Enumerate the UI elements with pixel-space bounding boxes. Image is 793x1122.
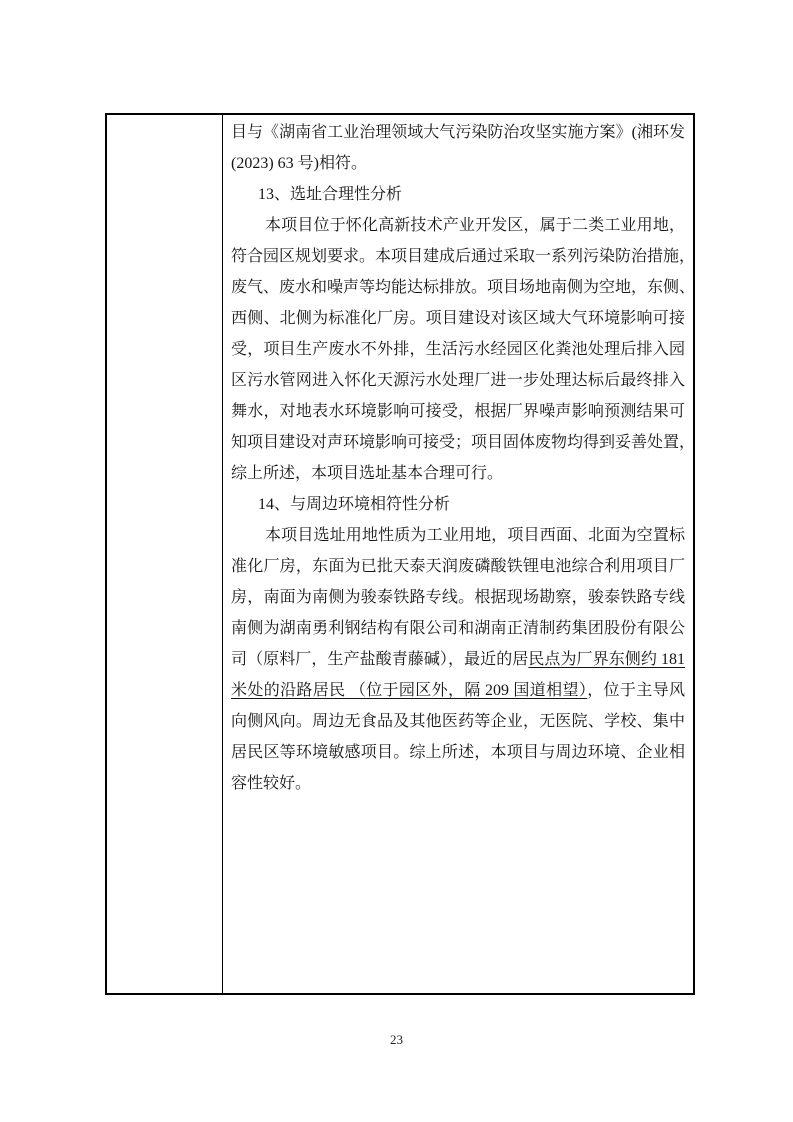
text-segment: 受，项目生产废水不外排，生活污水经园区化粪池处理后排入园	[231, 341, 685, 358]
text-line: 符合园区规划要求。本项目建成后通过采取一系列污染防治措施，	[231, 241, 685, 272]
text-segment: 司（原料厂，生产盐酸青藤碱），最近的居	[231, 651, 528, 668]
text-segment: 知项目建设对声环境影响可接受；项目固体废物均得到妥善处置，	[231, 434, 685, 451]
text-line: 司（原料厂，生产盐酸青藤碱），最近的居民点为厂界东侧约 181	[231, 644, 685, 675]
page-number: 23	[0, 1032, 793, 1048]
text-segment: 准化厂房，东面为已批天泰天润废磷酸铁锂电池综合利用项目厂	[231, 558, 685, 575]
text-segment: 居民区等环境敏感项目。综上所述，本项目与周边环境、企业相	[231, 744, 685, 761]
text-line: 本项目位于怀化高新技术产业开发区，属于二类工业用地，	[231, 210, 685, 241]
text-segment: 符合园区规划要求。本项目建成后通过采取一系列污染防治措施，	[231, 248, 685, 265]
text-line: 目与《湖南省工业治理领域大气污染防治攻坚实施方案》(湘环发	[231, 117, 685, 148]
underlined-text: 民点为厂界东侧约 181	[528, 651, 685, 668]
text-segment: (2023) 63 号)相符。	[231, 155, 367, 172]
text-line: 知项目建设对声环境影响可接受；项目固体废物均得到妥善处置，	[231, 427, 685, 458]
text-line: 房，南面为南侧为骏泰铁路专线。根据现场勘察，骏泰铁路专线	[231, 582, 685, 613]
content-table: 目与《湖南省工业治理领域大气污染防治攻坚实施方案》(湘环发(2023) 63 号…	[105, 113, 695, 995]
text-line: 综上所述，本项目选址基本合理可行。	[231, 458, 685, 489]
underlined-text: 米处的沿路居民 （位于园区外，隔 209 国道相望）	[231, 682, 587, 699]
document-lines: 目与《湖南省工业治理领域大气污染防治攻坚实施方案》(湘环发(2023) 63 号…	[231, 117, 685, 799]
text-line: 13、选址合理性分析	[231, 179, 685, 210]
text-segment: 向侧风向。周边无食品及其他医药等企业，无医院、学校、集中	[231, 713, 685, 730]
text-segment: 西侧、北侧为标准化厂房。项目建设对该区域大气环境影响可接	[231, 310, 685, 327]
text-segment: 本项目位于怀化高新技术产业开发区，属于二类工业用地，	[265, 217, 685, 234]
text-segment: 13、选址合理性分析	[258, 186, 402, 203]
text-segment: ，位于主导风	[587, 682, 685, 699]
text-segment: 房，南面为南侧为骏泰铁路专线。根据现场勘察，骏泰铁路专线	[231, 589, 685, 606]
text-line: 向侧风向。周边无食品及其他医药等企业，无医院、学校、集中	[231, 706, 685, 737]
text-segment: 本项目选址用地性质为工业用地，项目西面、北面为空置标	[265, 527, 685, 544]
text-segment: 目与《湖南省工业治理领域大气污染防治攻坚实施方案》(湘环发	[231, 124, 685, 141]
text-segment: 14、与周边环境相符性分析	[258, 496, 450, 513]
text-line: 米处的沿路居民 （位于园区外，隔 209 国道相望），位于主导风	[231, 675, 685, 706]
text-line: 容性较好。	[231, 768, 685, 799]
table-left-column	[107, 115, 223, 993]
text-segment: 舞水，对地表水环境影响可接受，根据厂界噪声影响预测结果可	[231, 403, 685, 420]
text-segment: 南侧为湖南勇利钢结构有限公司和湖南正清制药集团股份有限公	[231, 620, 685, 637]
text-segment: 废气、废水和噪声等均能达标排放。项目场地南侧为空地，东侧、	[231, 279, 685, 296]
text-line: 区污水管网进入怀化天源污水处理厂进一步处理达标后最终排入	[231, 365, 685, 396]
table-content-cell: 目与《湖南省工业治理领域大气污染防治攻坚实施方案》(湘环发(2023) 63 号…	[223, 115, 693, 993]
text-segment: 区污水管网进入怀化天源污水处理厂进一步处理达标后最终排入	[231, 372, 685, 389]
text-line: 西侧、北侧为标准化厂房。项目建设对该区域大气环境影响可接	[231, 303, 685, 334]
text-line: 本项目选址用地性质为工业用地，项目西面、北面为空置标	[231, 520, 685, 551]
text-segment: 综上所述，本项目选址基本合理可行。	[231, 465, 503, 482]
text-line: 准化厂房，东面为已批天泰天润废磷酸铁锂电池综合利用项目厂	[231, 551, 685, 582]
text-line: 居民区等环境敏感项目。综上所述，本项目与周边环境、企业相	[231, 737, 685, 768]
text-segment: 容性较好。	[231, 775, 311, 792]
text-line: 南侧为湖南勇利钢结构有限公司和湖南正清制药集团股份有限公	[231, 613, 685, 644]
text-line: 废气、废水和噪声等均能达标排放。项目场地南侧为空地，东侧、	[231, 272, 685, 303]
text-line: (2023) 63 号)相符。	[231, 148, 685, 179]
text-line: 受，项目生产废水不外排，生活污水经园区化粪池处理后排入园	[231, 334, 685, 365]
text-line: 14、与周边环境相符性分析	[231, 489, 685, 520]
text-line: 舞水，对地表水环境影响可接受，根据厂界噪声影响预测结果可	[231, 396, 685, 427]
